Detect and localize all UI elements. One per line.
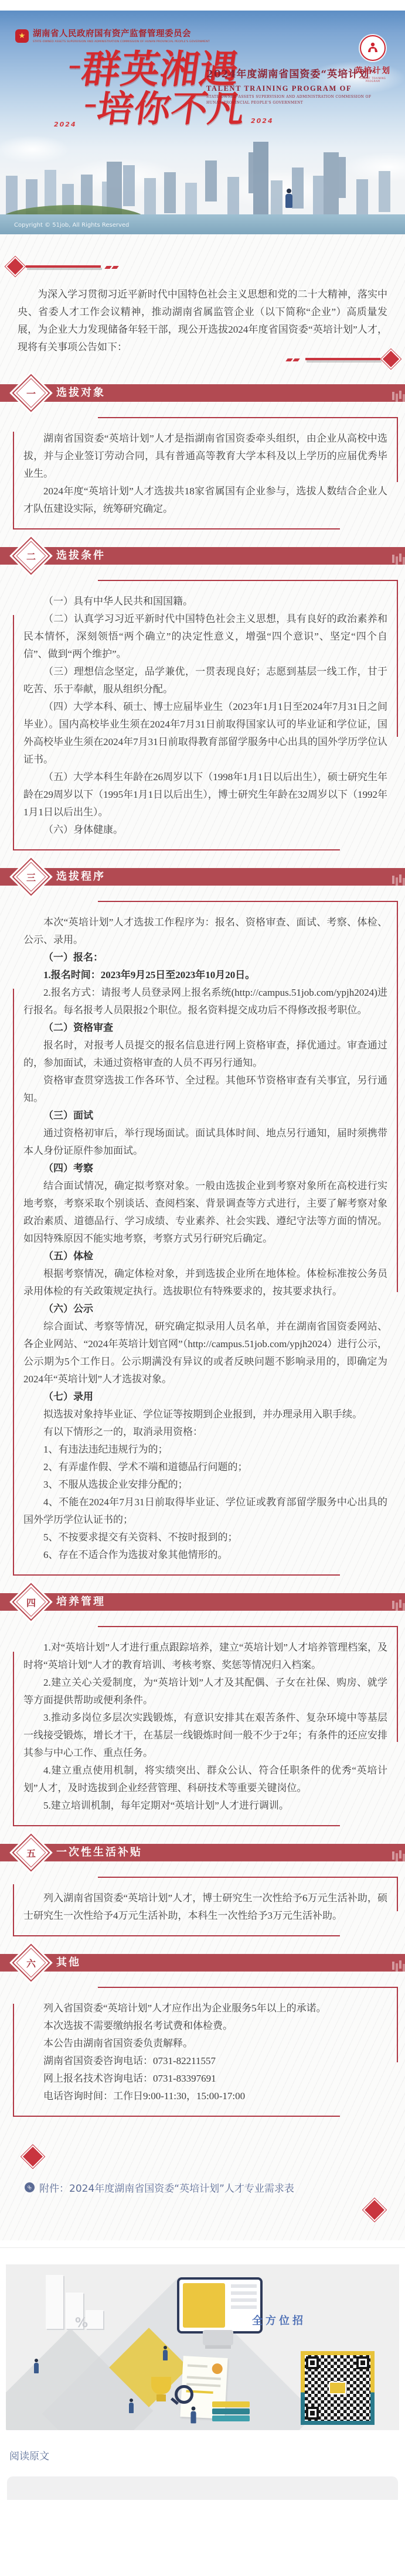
- section-number-badge: 四: [12, 1583, 50, 1621]
- paragraph: （二）认真学习习近平新时代中国特色社会主义思想，具有良好的政治素养和民本情怀，深…: [23, 610, 387, 663]
- org-logo-block: ★ 湖南省人民政府国有资产监督管理委员会 STATE-OWNED ASSETS …: [15, 29, 210, 43]
- footer-promo-image: % 全方位招: [6, 2264, 399, 2430]
- section-header: 二 选拔条件: [0, 547, 405, 565]
- diamond-icon: [383, 351, 399, 367]
- books-illustration: [212, 2400, 250, 2421]
- program-logo-text: 英培计划: [352, 64, 393, 76]
- section-title: 培养管理: [56, 1593, 405, 1611]
- link-icon: ∞: [22, 2180, 36, 2194]
- paragraph: 本公告由湖南省国资委负责解释。: [23, 2035, 387, 2052]
- paragraph: 列入省国资委“英培计划”人才应作出为企业服务5年以上的承诺。: [23, 2000, 387, 2017]
- paragraph: 5.建立培训机制，每年定期对“英培计划”人才进行调训。: [23, 1797, 387, 1815]
- monitor-stand: [203, 2330, 233, 2345]
- paragraph: （五）大学本科生年龄在26周岁以下（1998年1月1日以后出生），硕士研究生年龄…: [23, 768, 387, 821]
- section-content-box: 1.对“英培计划”人才进行重点跟踪培养，建立“英培计划”人才培养管理档案，及时将…: [13, 1626, 398, 1826]
- paragraph: （一）具有中华人民共和国国籍。: [23, 593, 387, 610]
- section: 五 一次性生活补贴 列入湖南省国资委“英培计划”人才，博士研究生一次性给予6万元…: [0, 1844, 405, 1936]
- paragraph: 综合面试、考察等情况，研究确定拟录用人员名单，并在湖南省国资委网站、各企业网站、…: [23, 1318, 387, 1388]
- year-decor: 2024: [54, 121, 77, 128]
- banner-title: 2024年度湖南省国资委“英培计划”: [206, 66, 376, 80]
- skyline-watermark-icon: [392, 1851, 394, 1860]
- dash-decor: --: [67, 56, 80, 77]
- section: 四 培养管理 1.对“英培计划”人才进行重点跟踪培养，建立“英培计划”人才培养管…: [0, 1593, 405, 1826]
- qr-logo-badge: [329, 2382, 346, 2394]
- tower-decor: [253, 142, 268, 217]
- section-content-box: 本次“英培计划”人才选拔工作程序为：报名、资格审查、面试、考察、体检、公示、录用…: [13, 901, 398, 1576]
- section-number-badge: 五: [12, 1833, 50, 1871]
- paragraph: （六）公示: [23, 1300, 387, 1318]
- paragraph: 5、不按要求提交有关资料、不按时报到的；: [23, 1529, 387, 1546]
- slash-decor: [287, 354, 301, 364]
- attachment-link[interactable]: ∞ 附件：2024年度湖南省国资委“英培计划”人才专业需求表: [25, 2180, 405, 2195]
- read-more-link[interactable]: 阅读原文: [9, 2448, 405, 2462]
- paragraph: （五）体检: [23, 1248, 387, 1265]
- section-title: 选拔对象: [56, 384, 405, 402]
- paragraph: 4、不能在2024年7月31日前取得毕业证、学位证或教育部留学服务中心出具的国外…: [23, 1494, 387, 1529]
- banner-copyright: Copyright © 51job, All Rights Reserved: [14, 222, 129, 228]
- section-header: 五 一次性生活补贴: [0, 1844, 405, 1861]
- paragraph: 2、有弄虚作假、学术不端和道德品行问题的；: [23, 1458, 387, 1476]
- section-title: 其他: [56, 1954, 405, 1972]
- section: 六 其他 列入省国资委“英培计划”人才应作出为企业服务5年以上的承诺。本次选拔不…: [0, 1954, 405, 2117]
- program-logo-subtext: TALENT TRAINING PROGRAM: [352, 77, 393, 83]
- program-logo: 英培计划 TALENT TRAINING PROGRAM: [352, 35, 393, 83]
- paragraph: （七）录用: [23, 1388, 387, 1406]
- paragraph: 1.报名时间：2023年9月25日至2023年10月20日。: [23, 966, 387, 984]
- section: 一 选拔对象 湖南省国资委“英培计划”人才是指湖南省国资委牵头组织，由企业从高校…: [0, 384, 405, 529]
- diamond-line-decoration-left: [9, 259, 405, 274]
- paragraph: 有以下情形之一的，取消录用资格：: [23, 1423, 387, 1441]
- section-content-box: 湖南省国资委“英培计划”人才是指湖南省国资委牵头组织，由企业从高校中选拔，并与企…: [13, 417, 398, 529]
- city-skyline: [0, 129, 405, 217]
- paragraph: 2.建立关心关爱制度，为“英培计划”人才及其配偶、子女在社保、购房、就学等方面提…: [23, 1674, 387, 1709]
- banner-title-en: TALENT TRAINING PROGRAM OF: [206, 84, 376, 93]
- paragraph: 湖南省国资委“英培计划”人才是指湖南省国资委牵头组织，由企业从高校中选拔，并与企…: [23, 430, 387, 483]
- paragraph: 通过资格初审后，举行现场面试。面试具体时间、地点另行通知，届时须携带本人身份证原…: [23, 1125, 387, 1160]
- skyline-watermark-icon: [392, 876, 394, 884]
- section-content-box: 列入湖南省国资委“英培计划”人才，博士研究生一次性给予6万元生活补助，硕士研究生…: [13, 1877, 398, 1936]
- monitor-illustration: [177, 2277, 263, 2334]
- section-title: 选拔条件: [56, 547, 405, 565]
- paragraph: 资格审查贯穿选拔工作各环节、全过程。其他环节资格审查有关事宜，另行通知。: [23, 1072, 387, 1107]
- document-body: 为深入学习贯彻习近平新时代中国特色社会主义思想和党的二十大精神，落实中央、省委人…: [0, 234, 405, 2240]
- paragraph: 列入湖南省国资委“英培计划”人才，博士研究生一次性给予6万元生活补助，硕士研究生…: [23, 1890, 387, 1925]
- section: 三 选拔程序 本次“英培计划”人才选拔工作程序为：报名、资格审查、面试、考察、体…: [0, 868, 405, 1576]
- intro-paragraph: 为深入学习贯彻习近平新时代中国特色社会主义思想和党的二十大精神，落实中央、省委人…: [18, 286, 387, 356]
- paragraph: 3、不服从选拔企业安排分配的；: [23, 1476, 387, 1494]
- promo-text: 全方位招: [252, 2312, 306, 2328]
- paragraph: （三）面试: [23, 1107, 387, 1125]
- dash-decor: --: [83, 95, 96, 115]
- footer-divider: [0, 2247, 405, 2248]
- paragraph: （一）报名：: [23, 949, 387, 966]
- paragraph: 4.建立重点使用机制，将实绩突出、群众公认、符合任职条件的优秀“英培计划”人才，…: [23, 1762, 387, 1797]
- section-header: 四 培养管理: [0, 1593, 405, 1611]
- year-decor: 2024: [251, 117, 274, 125]
- section-number-badge: 三: [12, 857, 50, 896]
- national-emblem-icon: ★: [15, 29, 29, 43]
- paragraph: （六）身体健康。: [23, 821, 387, 839]
- section-content-box: （一）具有中华人民共和国国籍。（二）认真学习习近平新时代中国特色社会主义思想，具…: [13, 580, 398, 850]
- skyline-watermark-icon: [392, 1601, 394, 1609]
- trophy-icon: [151, 2377, 171, 2394]
- diamond-decoration: [23, 2147, 43, 2167]
- section-header: 六 其他: [0, 1954, 405, 1972]
- line-decor: [305, 358, 380, 360]
- slash-decor: [105, 261, 120, 272]
- skyline-watermark-icon: [392, 555, 394, 563]
- paragraph: 2024年度“英培计划”人才选拔共18家省属国有企业参与，选拔人数结合企业人才队…: [23, 483, 387, 518]
- paragraph: 1、有违法违纪违规行为的；: [23, 1441, 387, 1458]
- section-title: 选拔程序: [56, 868, 405, 886]
- paragraph: 湖南省国资委咨询电话：0731-82211557: [23, 2052, 387, 2070]
- bar-chart-decor: [86, 2310, 103, 2329]
- section-content-box: 列入省国资委“英培计划”人才应作出为企业服务5年以上的承诺。本次选拔不需要缴纳报…: [13, 1987, 398, 2117]
- org-name: 湖南省人民政府国有资产监督管理委员会: [33, 29, 210, 39]
- section-header: 三 选拔程序: [0, 868, 405, 886]
- percent-icon: %: [75, 2316, 88, 2331]
- paragraph: 电话咨询时间：工作日9:00-11:30，15:00-17:00: [23, 2088, 387, 2105]
- paragraph: （三）理想信念坚定，品学兼优，一贯表现良好；志愿到基层一线工作，甘于吃苦、乐于奉…: [23, 663, 387, 698]
- section-number-badge: 一: [12, 374, 50, 412]
- paragraph: 本次“英培计划”人才选拔工作程序为：报名、资格审查、面试、考察、体检、公示、录用…: [23, 914, 387, 949]
- banner-title-block: 2024年度湖南省国资委“英培计划” TALENT TRAINING PROGR…: [206, 66, 376, 105]
- paragraph: （二）资格审查: [23, 1019, 387, 1037]
- sections: 一 选拔对象 湖南省国资委“英培计划”人才是指湖南省国资委牵头组织，由企业从高校…: [0, 384, 405, 2117]
- paragraph: 结合面试情况，确定拟考察对象。一般由选拔企业到考察对象所在高校进行实地考察，考察…: [23, 1177, 387, 1248]
- line-decor: [26, 265, 101, 268]
- org-name-en: STATE-OWNED ASSETS SUPERVISION AND ADMIN…: [33, 40, 210, 43]
- paragraph: 本次选拔不需要缴纳报名考试费和体检费。: [23, 2017, 387, 2035]
- person-figure: [129, 2403, 134, 2413]
- section-header: 一 选拔对象: [0, 384, 405, 402]
- section-number-badge: 六: [12, 1943, 50, 1981]
- paragraph: 1.对“英培计划”人才进行重点跟踪培养，建立“英培计划”人才培养管理档案，及时将…: [23, 1639, 387, 1674]
- attachment-label: 附件：2024年度湖南省国资委“英培计划”人才专业需求表: [39, 2180, 294, 2195]
- banner-image: ★ 湖南省人民政府国有资产监督管理委员会 STATE-OWNED ASSETS …: [0, 11, 405, 234]
- section: 二 选拔条件 （一）具有中华人民共和国国籍。（二）认真学习习近平新时代中国特色社…: [0, 547, 405, 850]
- paragraph: 报名时，对报考人员提交的报名信息进行网上资格审查，择优通过。审查通过的，参加面试…: [23, 1037, 387, 1072]
- paragraph: 拟选拔对象持毕业证、学位证等按期到企业报到，并办理录用入职手续。: [23, 1406, 387, 1423]
- paragraph: （四）大学本科、硕士、博士应届毕业生（2023年1月1日至2024年7月31日之…: [23, 698, 387, 768]
- paragraph: 网上报名技术咨询电话：0731-83397691: [23, 2070, 387, 2088]
- paragraph: 2.报名方式：请报考人员登录网上报名系统(http://campus.51job…: [23, 984, 387, 1019]
- paragraph: 3.推动多岗位多层次实践锻炼，有意识安排其在艰苦条件、复杂环境中等基层一线接受锻…: [23, 1709, 387, 1762]
- qr-code: [301, 2351, 375, 2425]
- section-number-badge: 二: [12, 537, 50, 575]
- program-logo-icon: [360, 35, 386, 61]
- person-figure: [190, 2411, 196, 2424]
- businessman-figure: [285, 189, 293, 209]
- paragraph: 6、存在不适合作为选拔对象其他情形的。: [23, 1546, 387, 1564]
- bottom-card[interactable]: [7, 2476, 398, 2500]
- person-figure: [163, 2350, 168, 2360]
- skyline-watermark-icon: [392, 392, 394, 400]
- bar-chart-decor: [46, 2275, 63, 2329]
- magnifier-icon: [175, 2385, 193, 2404]
- person-figure: [34, 2363, 39, 2373]
- paragraph: 根据考察情况，确定体检对象，并到选拔企业所在地体检。体检标准按公务员录用体检的有…: [23, 1265, 387, 1300]
- skyline-watermark-icon: [392, 1962, 394, 1970]
- diamond-icon: [7, 258, 23, 275]
- page: ★ 湖南省人民政府国有资产监督管理委员会 STATE-OWNED ASSETS …: [0, 0, 405, 2500]
- banner-title-en3: HUNAN PROVINCIAL PEOPLE'S GOVERNMENT: [206, 101, 376, 105]
- paragraph: （四）考察: [23, 1160, 387, 1177]
- section-title: 一次性生活补贴: [56, 1844, 405, 1861]
- banner-title-en2: STATE-OWNED ASSETS SUPERVISION AND ADMIN…: [206, 95, 376, 99]
